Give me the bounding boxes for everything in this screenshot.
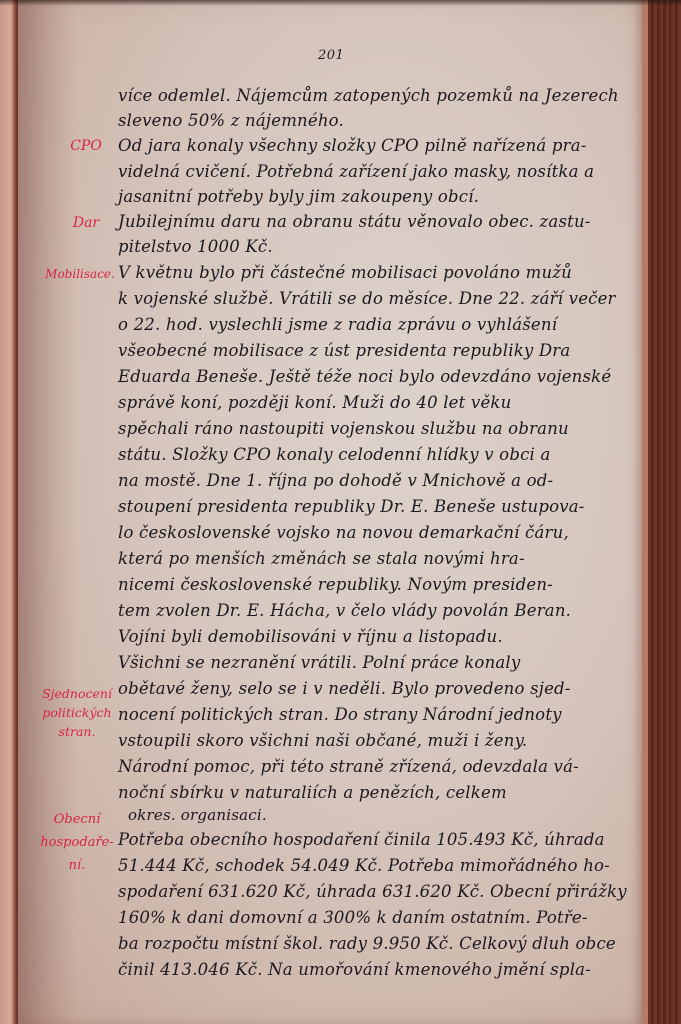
text-line: nocení politických stran. Do strany Náro… (118, 705, 562, 724)
text-line: jasanitní potřeby byly jim zakoupeny obc… (118, 187, 479, 206)
margin-note-cpo: CPO (56, 136, 116, 156)
margin-note-obecni-hospodareni: Obecní hospodaře- ní. (34, 808, 120, 877)
text-line: V květnu bylo při částečné mobilisaci po… (118, 263, 572, 282)
text-line: nicemi československé republiky. Novým p… (118, 575, 553, 594)
margin-note-line: Dar (56, 213, 116, 233)
margin-note-sjednoceni: Sjednocení politických stran. (34, 684, 120, 741)
text-line: Jubilejnímu daru na obranu státu věnoval… (118, 212, 591, 231)
text-line: státu. Složky CPO konaly celodenní hlídk… (118, 445, 550, 464)
margin-note-line: Sjednocení (34, 684, 120, 703)
margin-note-line: Obecní (34, 808, 120, 831)
top-shadow (0, 0, 681, 6)
margin-note-line: hospodaře- (34, 831, 120, 854)
margin-note-line: CPO (56, 136, 116, 156)
text-line: videlná cvičení. Potřebná zařízení jako … (118, 162, 594, 181)
page-number: 201 (318, 48, 344, 63)
text-line: správě koní, později koní. Muži do 40 le… (118, 393, 511, 412)
margin-note-line: stran. (34, 722, 120, 741)
margin-note-line: politických (34, 703, 120, 722)
book-spine-left (0, 0, 18, 1024)
text-line: Potřeba obecního hospodaření činila 105.… (118, 830, 605, 849)
margin-note-mobilisace: Mobilisace. (32, 264, 128, 284)
text-line: Eduarda Beneše. Ještě téže noci bylo ode… (118, 367, 611, 386)
margin-note-line: Mobilisace. (32, 264, 128, 284)
text-line: k vojenské službě. Vrátili se do měsíce.… (118, 289, 616, 308)
text-line: Národní pomoc, při této straně zřízená, … (118, 757, 579, 776)
text-line: Všichni se nezranění vrátili. Polní prác… (118, 653, 520, 672)
text-line: Vojíni byli demobilisováni v říjnu a lis… (118, 627, 503, 646)
text-line: činil 413.046 Kč. Na umořování kmenového… (118, 960, 591, 979)
margin-note-line: ní. (34, 854, 120, 877)
ledger-page: 201 CPO Dar Mobilisace. Sjednocení polit… (18, 0, 642, 1024)
text-line: lo československé vojsko na novou demark… (118, 523, 569, 542)
text-line: obětavé ženy, selo se i v neděli. Bylo p… (118, 679, 571, 698)
text-line: 51.444 Kč, schodek 54.049 Kč. Potřeba mi… (118, 856, 610, 875)
margin-note-dar: Dar (56, 213, 116, 233)
text-line: vstoupili skoro všichni naši občané, muž… (118, 731, 527, 750)
text-line: okres. organisaci. (128, 806, 267, 824)
text-line: pitelstvo 1000 Kč. (118, 237, 273, 256)
text-line: 160% k dani domovní a 300% k daním ostat… (118, 908, 588, 927)
text-line: tem zvolen Dr. E. Hácha, v čelo vlády po… (118, 601, 571, 620)
text-line: o 22. hod. vyslechli jsme z radia zprávu… (118, 315, 557, 334)
text-line: která po menších změnách se stala novými… (118, 549, 525, 568)
text-line: stoupení presidenta republiky Dr. E. Ben… (118, 497, 585, 516)
text-line: sleveno 50% z nájemného. (118, 111, 344, 130)
book-page-edges-right (642, 0, 681, 1024)
text-line: Od jara konaly všechny složky CPO pilně … (118, 136, 587, 155)
text-line: všeobecné mobilisace z úst presidenta re… (118, 341, 570, 360)
text-line: ba rozpočtu místní škol. rady 9.950 Kč. … (118, 934, 616, 953)
text-line: spodaření 631.620 Kč, úhrada 631.620 Kč.… (118, 882, 627, 901)
text-line: více odemlel. Nájemcům zatopených pozemk… (118, 86, 619, 105)
text-line: spěchali ráno nastoupiti vojenskou služb… (118, 419, 569, 438)
text-line: na mostě. Dne 1. října po dohodě v Mnich… (118, 471, 553, 490)
text-line: noční sbírku v naturaliích a penězích, c… (118, 783, 507, 802)
